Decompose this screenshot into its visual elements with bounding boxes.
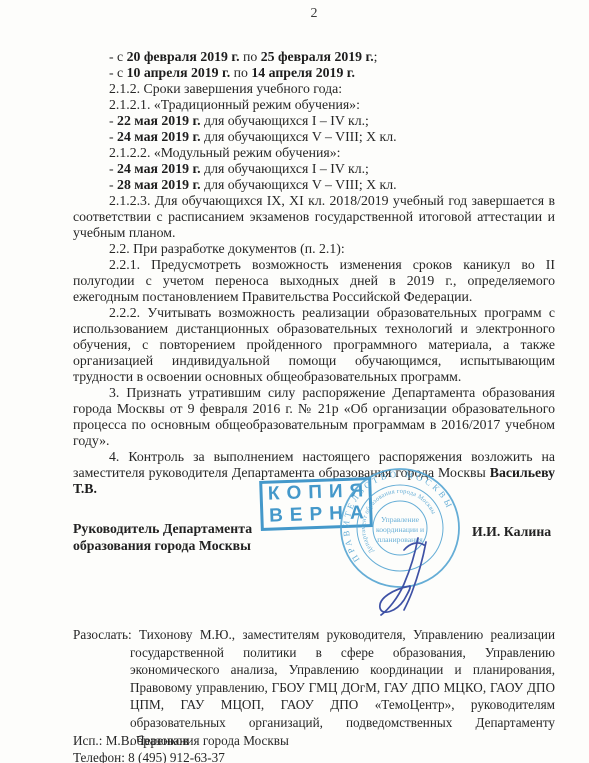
paragraph: 2.1.2.3. Для обучающихся IX, XI кл. 2018… — [73, 193, 555, 241]
executor-name: Исп.: М.В. Черенков — [73, 733, 393, 750]
paragraph: 2.2.2. Учитывать возможность реализации … — [73, 305, 555, 385]
paragraph: 2.1.2. Сроки завершения учебного года: — [73, 81, 555, 97]
text-segment: 2.2.1. Предусмотреть возможность изменен… — [73, 257, 555, 304]
paragraph: 3. Признать утратившим силу распоряжение… — [73, 385, 555, 449]
paragraph: - 24 мая 2019 г. для обучающихся I – IV … — [73, 161, 555, 177]
stamp-center-line1: Управление — [381, 515, 420, 524]
distribution-text: Тихонову М.Ю., заместителям руководителя… — [130, 627, 555, 748]
document-page: 2 - с 20 февраля 2019 г. по 25 февраля 2… — [0, 0, 589, 763]
text-segment: по — [230, 65, 251, 80]
paragraph: 2.2. При разработке документов (п. 2.1): — [73, 241, 555, 257]
text-segment: ; — [374, 49, 378, 64]
text-segment: 2.1.2.2. «Модульный режим обучения»: — [109, 145, 340, 160]
paragraph: - 24 мая 2019 г. для обучающихся V – VII… — [73, 129, 555, 145]
signature-stroke — [404, 543, 424, 550]
stamp-center-line2: координации и — [376, 525, 424, 534]
distribution-list: Разослать: Тихонову М.Ю., заместителям р… — [73, 626, 555, 749]
paragraph: - с 10 апреля 2019 г. по 14 апреля 2019 … — [73, 65, 555, 81]
bold-text-segment: 14 апреля 2019 г. — [251, 65, 355, 80]
text-segment: по — [240, 49, 261, 64]
text-segment: - с — [109, 65, 127, 80]
text-segment: - — [109, 129, 117, 144]
bold-text-segment: 22 мая 2019 г. — [117, 113, 201, 128]
distribution-paragraph: Разослать: Тихонову М.Ю., заместителям р… — [73, 626, 555, 749]
paragraph: 2.2.1. Предусмотреть возможность изменен… — [73, 257, 555, 305]
handwritten-signature — [368, 536, 448, 618]
paragraph: - 22 мая 2019 г. для обучающихся I – IV … — [73, 113, 555, 129]
text-segment: 2.1.2.3. Для обучающихся IX, XI кл. 2018… — [73, 193, 555, 240]
text-segment: - — [109, 113, 117, 128]
text-segment: 2.2. При разработке документов (п. 2.1): — [109, 241, 345, 256]
text-segment: для обучающихся V – VIII; X кл. — [201, 129, 397, 144]
text-segment: - с — [109, 49, 127, 64]
signer-name: И.И. Калина — [472, 524, 551, 540]
text-segment: 2.1.2. Сроки завершения учебного года: — [109, 81, 342, 96]
document-body: - с 20 февраля 2019 г. по 25 февраля 201… — [73, 49, 555, 497]
text-segment: - — [109, 161, 117, 176]
distribution-label: Разослать: — [73, 627, 132, 642]
text-segment: для обучающихся V – VIII; X кл. — [201, 177, 397, 192]
bold-text-segment: 28 мая 2019 г. — [117, 177, 201, 192]
bold-text-segment: 10 апреля 2019 г. — [127, 65, 231, 80]
text-segment: 3. Признать утратившим силу распоряжение… — [73, 385, 555, 448]
paragraph: - 28 мая 2019 г. для обучающихся V – VII… — [73, 177, 555, 193]
paragraph: 2.1.2.2. «Модульный режим обучения»: — [73, 145, 555, 161]
bold-text-segment: 25 февраля 2019 г. — [261, 49, 374, 64]
bold-text-segment: 24 мая 2019 г. — [117, 161, 201, 176]
paragraph: 2.1.2.1. «Традиционный режим обучения»: — [73, 97, 555, 113]
text-segment: 2.1.2.1. «Традиционный режим обучения»: — [109, 97, 360, 112]
signature-stroke — [381, 538, 418, 615]
page-number: 2 — [73, 6, 555, 22]
text-segment: для обучающихся I – IV кл.; — [201, 161, 369, 176]
text-segment: для обучающихся I – IV кл.; — [201, 113, 369, 128]
paragraph: - с 20 февраля 2019 г. по 25 февраля 201… — [73, 49, 555, 65]
text-segment: 2.2.2. Учитывать возможность реализации … — [73, 305, 555, 384]
text-segment: - — [109, 177, 117, 192]
text-segment: 4. Контроль за выполнением настоящего ра… — [73, 449, 555, 480]
bold-text-segment: 24 мая 2019 г. — [117, 129, 201, 144]
bold-text-segment: 20 февраля 2019 г. — [127, 49, 240, 64]
executor-block: Исп.: М.В. Черенков Телефон: 8 (495) 912… — [73, 733, 393, 763]
executor-phone: Телефон: 8 (495) 912-63-37 — [73, 750, 393, 763]
signatory-title-line2: образования города Москвы — [73, 537, 303, 554]
